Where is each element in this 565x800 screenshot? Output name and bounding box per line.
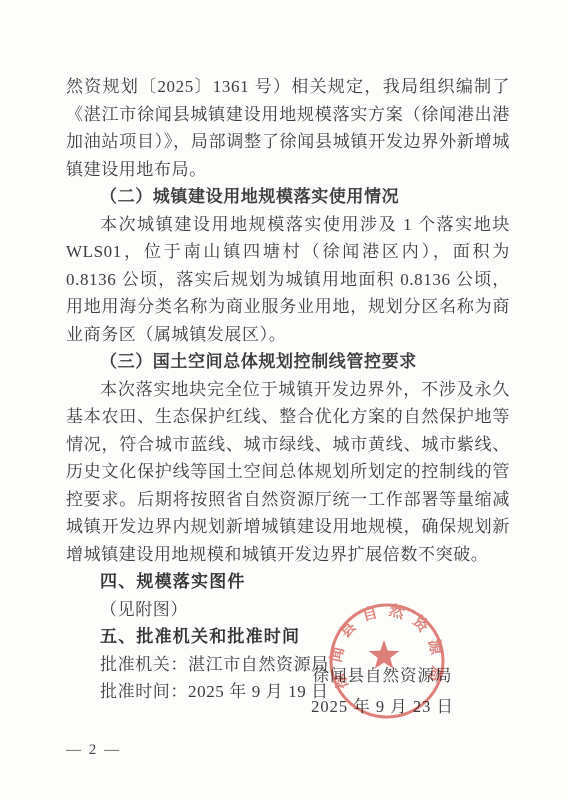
page-number: — 2 — — [66, 742, 121, 759]
sub-section-heading: （三）国土空间总体规划控制线管控要求 — [66, 348, 510, 376]
paragraph: 然资规划〔2025〕1361 号）相关规定，我局组织编制了《湛江市徐闻县城镇建设… — [66, 73, 510, 183]
section-heading: 四、规模落实图件 — [66, 568, 510, 596]
document-page: 然资规划〔2025〕1361 号）相关规定，我局组织编制了《湛江市徐闻县城镇建设… — [0, 0, 565, 800]
seal-arc-text: 徐闻县自然资源局 — [327, 601, 447, 693]
paragraph: 本次城镇建设用地规模落实使用涉及 1 个落实地块 WLS01，位于南山镇四塘村（… — [66, 211, 510, 349]
official-seal: 徐闻县自然资源局 — [326, 600, 448, 722]
sub-section-heading: （二）城镇建设用地规模落实使用情况 — [66, 183, 510, 211]
paragraph: 本次落实地块完全位于城镇开发边界外，不涉及永久基本农田、生态保护红线、整合优化方… — [66, 376, 510, 569]
star-icon — [369, 640, 399, 669]
